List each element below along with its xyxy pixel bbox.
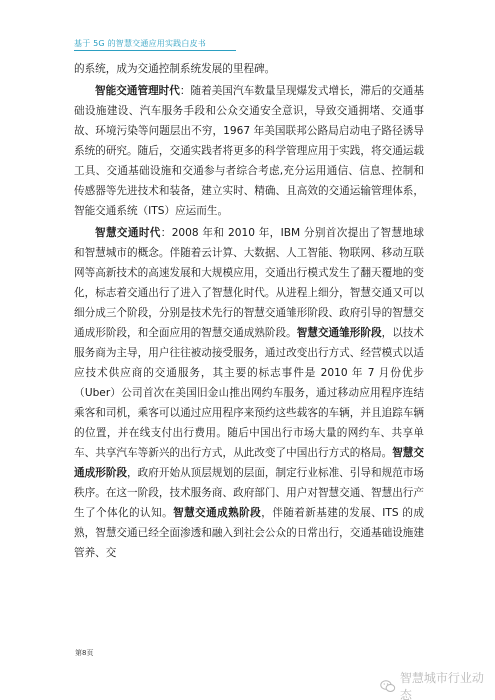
- paragraph-continuation: 的系统，成为交通控制系统发展的里程碑。: [74, 59, 424, 79]
- wechat-icon: [380, 679, 396, 693]
- section-heading-smart-traffic-era: 智慧交通时代: [95, 227, 161, 239]
- document-body: 的系统，成为交通控制系统发展的里程碑。 智能交通管理时代：随着美国汽车数量呈现爆…: [74, 59, 424, 565]
- term-embryonic-stage: 智慧交通雏形阶段: [297, 327, 382, 339]
- watermark-text: 智慧城市行业动态: [400, 669, 495, 700]
- paragraph-smart-traffic-era: 智慧交通时代：2008 年和 2010 年，IBM 分别首次提出了智慧地球和智慧…: [74, 223, 424, 563]
- paragraph-intelligent-traffic-era: 智能交通管理时代：随着美国汽车数量呈现爆发式增长，滞后的交通基础设施建设、汽车服…: [74, 81, 424, 221]
- paragraph-text: ：2008 年和 2010 年，IBM 分别首次提出了智慧地球和智慧城市的概念。…: [74, 227, 424, 339]
- paragraph-text: ，以技术服务商为主导，用户往往被动接受服务，通过改变出行方式、经营模式以适应技术…: [74, 327, 424, 459]
- header-divider: [74, 50, 236, 51]
- page-number: 第8页: [75, 648, 93, 658]
- document-header-title: 基于 5G 的智慧交通应用实践白皮书: [74, 38, 206, 49]
- paragraph-text: ：随着美国汽车数量呈现爆发式增长，滞后的交通基础设施建设、汽车服务手段和公众交通…: [74, 85, 424, 217]
- watermark: 智慧城市行业动态: [380, 669, 495, 700]
- section-heading-intelligent-traffic-management-era: 智能交通管理时代: [95, 85, 180, 97]
- term-mature-stage: 智慧交通成熟阶段: [173, 507, 261, 519]
